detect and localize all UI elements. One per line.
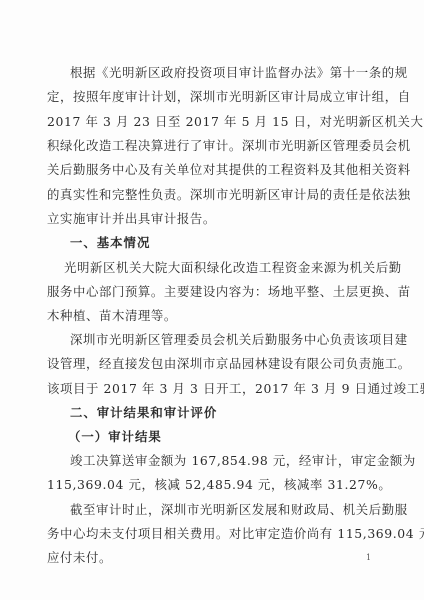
section-heading-basic-info: 一、基本情况 — [70, 235, 370, 251]
intro-line-1: 根据《光明新区政府投资项目审计监督办法》第十一条的规 — [70, 65, 370, 81]
intro-line-4: 积绿化改造工程决算进行了审计。深圳市光明新区管理委员会机 — [47, 138, 370, 154]
payment-status-line-2: 务中心均未支付项目相关费用。对比审定造价尚有 115,369.04 元 — [47, 526, 370, 542]
intro-line-2: 定，按照年度审计计划，深圳市光明新区审计局成立审计组，自 — [47, 89, 370, 105]
project-mgmt-line-1: 深圳市光明新区管理委员会机关后勤服务中心负责该项目建 — [70, 332, 370, 348]
audit-result-line-2: 115,369.04 元，核减 52,485.94 元，核减率 31.27%。 — [47, 477, 370, 493]
intro-line-3: 2017 年 3 月 23 日至 2017 年 5 月 15 日，对光明新区机关… — [47, 114, 370, 130]
page-number: 1 — [366, 553, 371, 562]
project-mgmt-line-2: 设管理，经直接发包由深圳市京品园林建设有限公司负责施工。 — [47, 356, 370, 372]
intro-line-5: 关后勤服务中心及有关单位对其提供的工程资料及其他相关资料 — [47, 162, 370, 178]
basic-info-line-1: 光明新区机关大院大面积绿化改造工程资金来源为机关后勤 — [64, 260, 370, 276]
basic-info-line-3: 木种植、苗木清理等。 — [47, 308, 370, 324]
payment-status-line-3: 应付未付。 — [47, 550, 370, 566]
intro-line-7: 立实施审计并出具审计报告。 — [47, 211, 370, 227]
basic-info-line-2: 服务中心部门预算。主要建设内容为：场地平整、土层更换、苗 — [47, 284, 370, 300]
payment-status-line-1: 截至审计时止，深圳市光明新区发展和财政局、机关后勤服 — [70, 502, 370, 518]
project-mgmt-line-3: 该项目于 2017 年 3 月 3 日开工，2017 年 3 月 9 日通过竣工… — [47, 381, 370, 397]
audit-result-line-1: 竣工决算送审金额为 167,854.98 元，经审计，审定金额为 — [70, 453, 370, 469]
intro-line-6: 的真实性和完整性负责。深圳市光明新区审计局的责任是依法独 — [47, 187, 370, 203]
document-page: 根据《光明新区政府投资项目审计监督办法》第十一条的规 定，按照年度审计计划，深圳… — [0, 0, 424, 600]
section-heading-audit-results: 二、审计结果和审计评价 — [70, 405, 370, 421]
subsection-heading-audit-result: （一）审计结果 — [68, 429, 368, 445]
